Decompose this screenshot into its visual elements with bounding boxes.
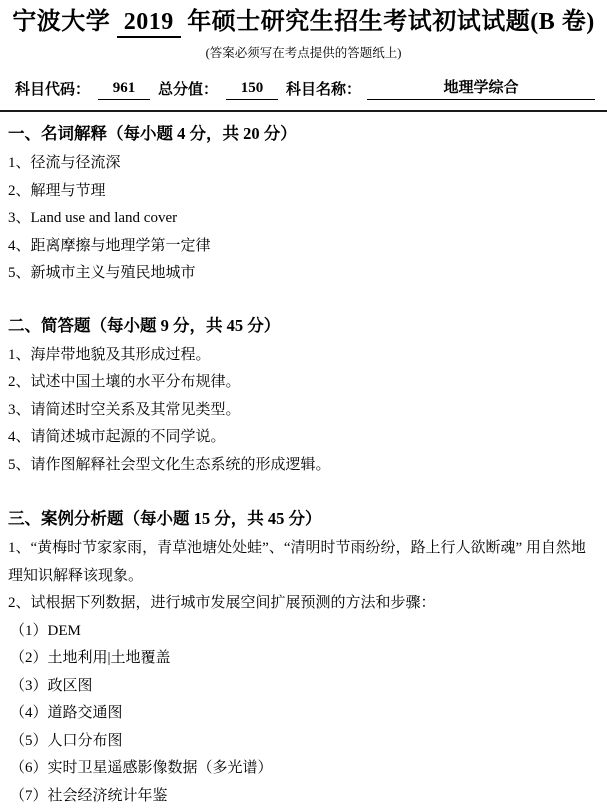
exam-title-prefix: 宁波大学	[12, 9, 110, 35]
section-2-items: 1、海岸带地貌及其形成过程。 2、试述中国土壤的水平分布规律。 3、请简述时空关…	[8, 342, 597, 480]
data-list-item: （5）人口分布图	[8, 728, 597, 756]
question-item: 2、解理与节理	[8, 178, 597, 206]
question-item: 2、试根据下列数据，进行城市发展空间扩展预测的方法和步骤：	[8, 590, 597, 618]
section-term-definitions: 一、名词解释（每小题 4 分，共 20 分） 1、径流与径流深 2、解理与节理 …	[8, 122, 597, 288]
section-2-heading: 二、简答题（每小题 9 分，共 45 分）	[8, 314, 597, 338]
data-list-item: （2）土地利用|土地覆盖	[8, 645, 597, 673]
question-item: 1、径流与径流深	[8, 150, 597, 178]
question-item: 5、请作图解释社会型文化生态系统的形成逻辑。	[8, 452, 597, 480]
section-short-answer: 二、简答题（每小题 9 分，共 45 分） 1、海岸带地貌及其形成过程。 2、试…	[8, 314, 597, 480]
exam-title-year-underlined: 2019	[117, 9, 181, 38]
subject-code-label: 科目代码：	[15, 80, 90, 100]
total-score-value: 150	[226, 78, 278, 100]
question-item: 4、距离摩擦与地理学第一定律	[8, 233, 597, 261]
exam-paper-page: 宁波大学 2019 年硕士研究生招生考试初试试题(B 卷) (答案必须写在考点提…	[0, 0, 607, 811]
subject-name-label: 科目名称：	[286, 80, 361, 100]
answer-sheet-note: (答案必须写在考点提供的答题纸上)	[0, 45, 607, 61]
exam-title-suffix: 年硕士研究生招生考试初试试题(B 卷)	[187, 9, 595, 35]
subject-code-value: 961	[98, 78, 150, 100]
section-3-items: 1、“黄梅时节家家雨，青草池塘处处蛙”、“清明时节雨纷纷，路上行人欲断魂” 用自…	[8, 535, 597, 810]
header-divider-line	[0, 110, 607, 112]
data-list-item: （1）DEM	[8, 618, 597, 646]
section-1-items: 1、径流与径流深 2、解理与节理 3、Land use and land cov…	[8, 150, 597, 288]
question-item: 2、试述中国土壤的水平分布规律。	[8, 369, 597, 397]
section-1-heading: 一、名词解释（每小题 4 分，共 20 分）	[8, 122, 597, 146]
data-list-item: （6）实时卫星遥感影像数据（多光谱）	[8, 755, 597, 783]
section-case-analysis: 三、案例分析题（每小题 15 分，共 45 分） 1、“黄梅时节家家雨，青草池塘…	[8, 507, 597, 810]
exam-body: 一、名词解释（每小题 4 分，共 20 分） 1、径流与径流深 2、解理与节理 …	[0, 122, 607, 810]
question-item: 3、请简述时空关系及其常见类型。	[8, 397, 597, 425]
total-score-label: 总分值：	[158, 80, 218, 100]
question-item: 1、“黄梅时节家家雨，青草池塘处处蛙”、“清明时节雨纷纷，路上行人欲断魂” 用自…	[8, 535, 597, 590]
subject-name-value: 地理学综合	[367, 78, 595, 100]
question-item: 1、海岸带地貌及其形成过程。	[8, 342, 597, 370]
data-list-item: （7）社会经济统计年鉴	[8, 783, 597, 811]
subject-meta-row: 科目代码： 961 总分值： 150 科目名称： 地理学综合	[0, 78, 607, 100]
question-item: 4、请简述城市起源的不同学说。	[8, 424, 597, 452]
section-3-heading: 三、案例分析题（每小题 15 分，共 45 分）	[8, 507, 597, 531]
question-item: 3、Land use and land cover	[8, 205, 597, 233]
question-item: 5、新城市主义与殖民地城市	[8, 260, 597, 288]
exam-title: 宁波大学 2019 年硕士研究生招生考试初试试题(B 卷)	[0, 6, 607, 38]
data-list-item: （4）道路交通图	[8, 700, 597, 728]
data-list-item: （3）政区图	[8, 673, 597, 701]
